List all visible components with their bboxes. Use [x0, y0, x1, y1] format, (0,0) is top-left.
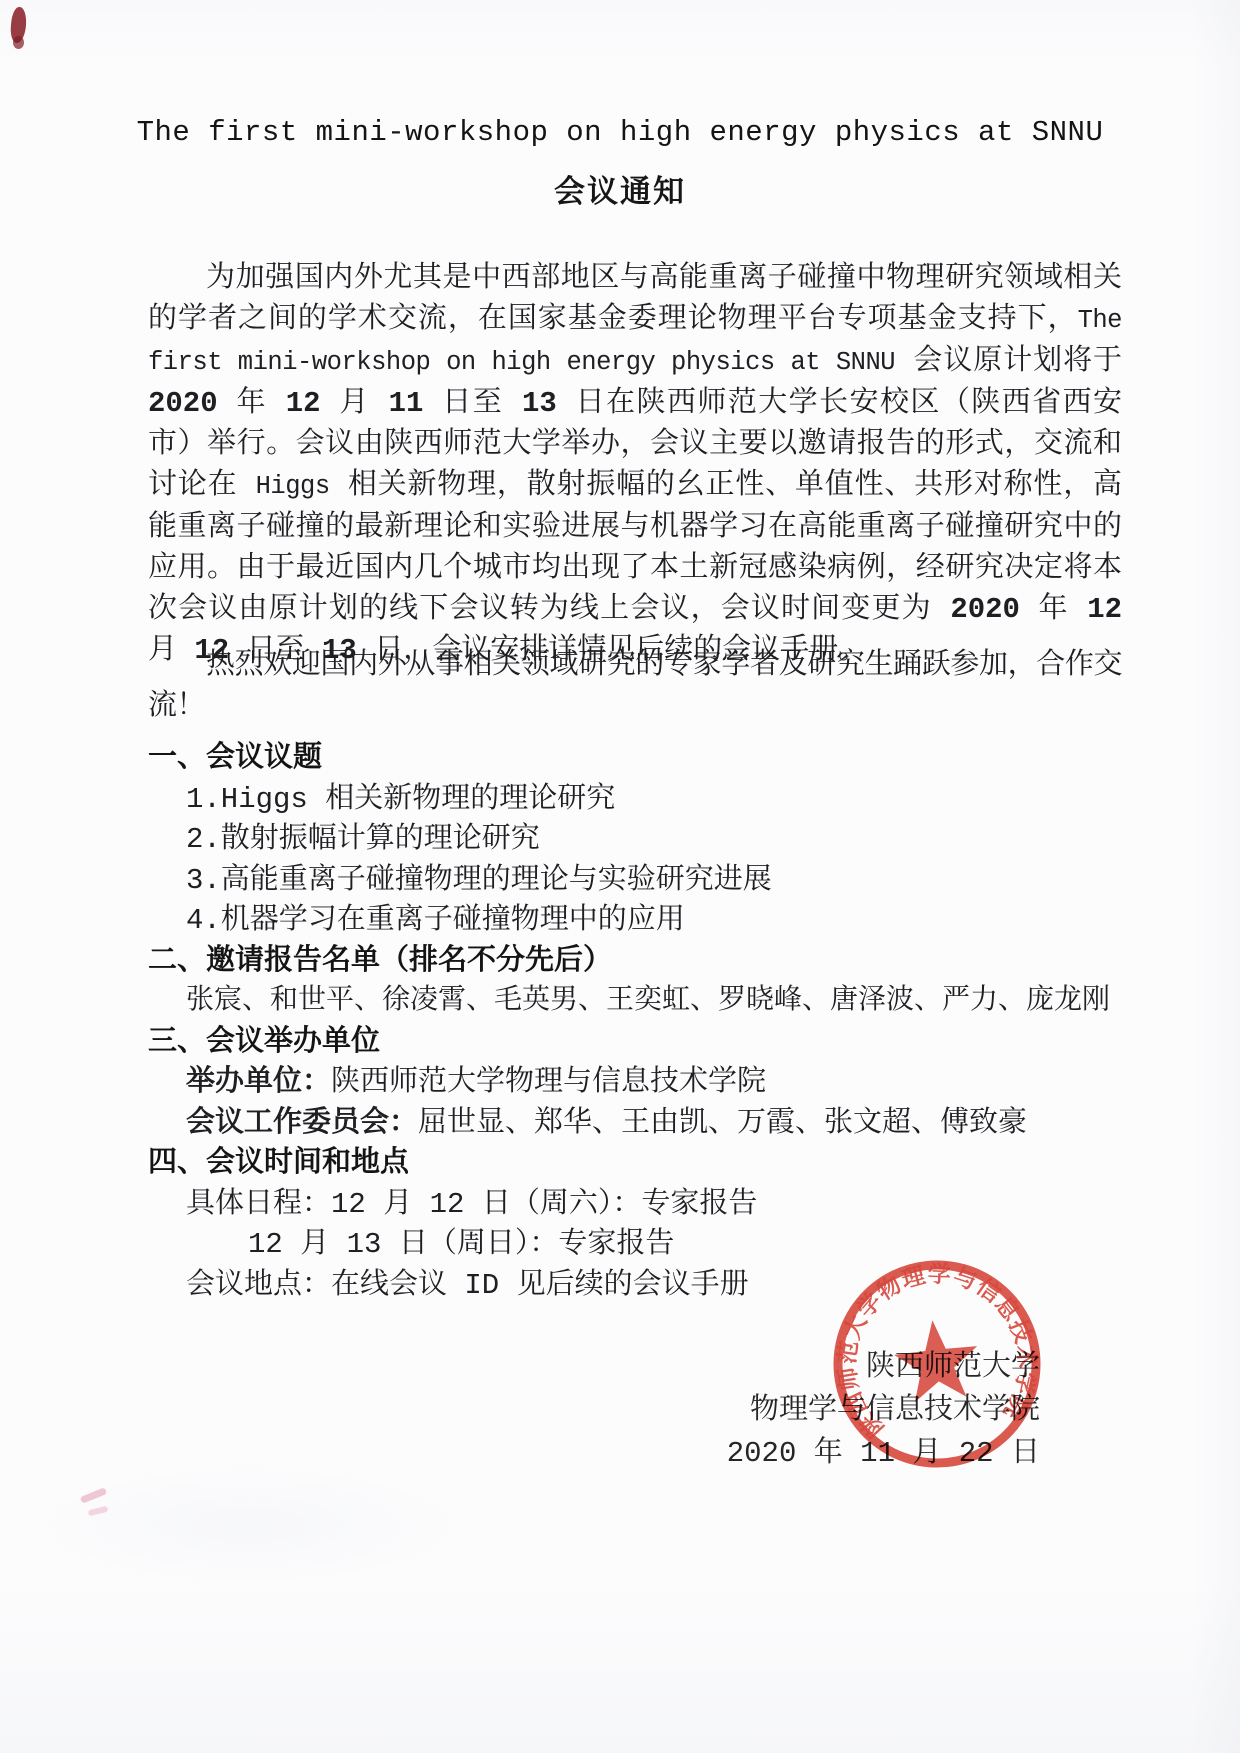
host-label: 举办单位：	[186, 1066, 331, 1099]
corner-ink-mark	[13, 36, 24, 49]
host-value: 陕西师范大学物理与信息技术学院	[331, 1066, 766, 1099]
committee-label: 会议工作委员会：	[186, 1107, 418, 1140]
page-title-zh: 会议通知	[0, 172, 1240, 218]
host-line: 举办单位：陕西师范大学物理与信息技术学院	[148, 1063, 1122, 1104]
paragraph-intro: 为加强国内外尤其是中西部地区与高能重离子碰撞中物理研究领域相关的学者之间的学术交…	[148, 258, 1122, 671]
text-segment: Higgs	[256, 472, 330, 501]
text-segment: 2020	[950, 593, 1020, 626]
agenda-item-1: 1.Higgs 相关新物理的理论研究	[148, 780, 1122, 821]
text-segment: 月	[321, 387, 389, 420]
text-segment: 会议原计划将于	[895, 345, 1122, 378]
section-4-heading: 四、会议时间和地点	[148, 1144, 1122, 1185]
outline: 一、会议议题 1.Higgs 相关新物理的理论研究 2.散射振幅计算的理论研究 …	[148, 739, 1122, 1306]
committee-value: 屈世显、郑华、王由凯、万霞、张文超、傅致豪	[418, 1107, 1027, 1140]
committee-line: 会议工作委员会：屈世显、郑华、王由凯、万霞、张文超、傅致豪	[148, 1104, 1122, 1145]
text-segment: 为加强国内外尤其是中西部地区与高能重离子碰撞中物理研究领域相关的学者之间的学术交…	[148, 262, 1122, 336]
official-seal: 陕西师范大学物理学与信息技术学院	[813, 1240, 1061, 1488]
scanned-document-page: The first mini-workshop on high energy p…	[0, 0, 1240, 1753]
text-segment: 12	[1087, 593, 1122, 626]
agenda-item-3: 3.高能重离子碰撞物理的理论与实验研究进展	[148, 861, 1122, 902]
text-segment: 12	[286, 387, 321, 420]
schedule-line-1: 具体日程：12 月 12 日（周六）：专家报告	[148, 1185, 1122, 1226]
speaker-names: 张宸、和世平、徐凌霄、毛英男、王奕虹、罗晓峰、唐泽波、严力、庞龙刚	[148, 982, 1122, 1023]
paragraph-welcome: 热烈欢迎国内外从事相关领域研究的专家学者及研究生踊跃参加，合作交流！	[148, 645, 1122, 727]
agenda-item-4: 4.机器学习在重离子碰撞物理中的应用	[148, 901, 1122, 942]
text-segment: 年	[1020, 593, 1087, 626]
pink-smudge	[80, 1487, 108, 1504]
section-2-heading: 二、邀请报告名单（排名不分先后）	[148, 942, 1122, 983]
schedule-day1: 12 月 12 日（周六）：专家报告	[331, 1188, 757, 1221]
text-segment: 11	[389, 387, 424, 420]
text-segment: 年	[218, 387, 286, 420]
star-icon	[891, 1316, 982, 1404]
schedule-label: 具体日程：	[186, 1188, 331, 1221]
section-3-heading: 三、会议举办单位	[148, 1023, 1122, 1064]
text-segment: 2020	[148, 387, 218, 420]
section-1-heading: 一、会议议题	[148, 739, 1122, 780]
text-segment: 13	[522, 387, 557, 420]
pink-smudge	[88, 1506, 109, 1517]
text-segment: 日至	[423, 387, 522, 420]
agenda-item-2: 2.散射振幅计算的理论研究	[148, 820, 1122, 861]
page-title-en: The first mini-workshop on high energy p…	[0, 112, 1240, 154]
